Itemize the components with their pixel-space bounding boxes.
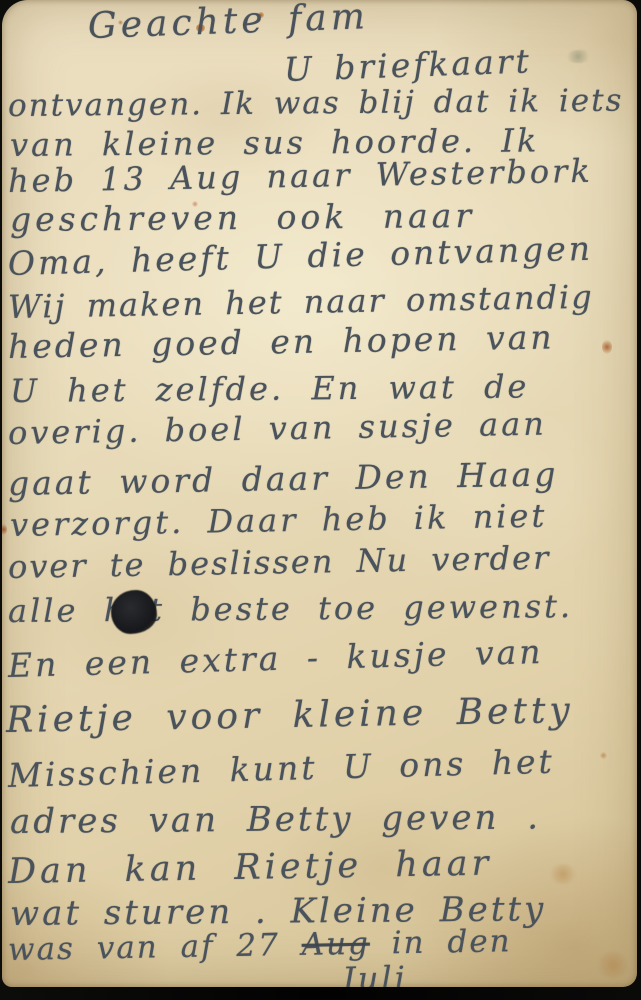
handwritten-line: Dan kan Rietje haar xyxy=(8,844,493,892)
last-line-prefix: was van af 27 xyxy=(8,927,302,968)
handwritten-line: adres van Betty geven . xyxy=(10,797,541,842)
handwritten-line: geschreven ook naar xyxy=(10,196,475,239)
struck-word: Aug xyxy=(301,926,370,963)
handwritten-line: ontvangen. Ik was blij dat ik iets xyxy=(8,83,624,124)
handwritten-line: alle het beste toe gewenst. xyxy=(8,587,573,630)
stain-spot xyxy=(602,340,612,354)
handwritten-line: U het zelfde. En wat de xyxy=(10,367,530,410)
last-line-suffix: in den xyxy=(370,923,512,961)
stain-spot xyxy=(600,752,607,759)
ink-blot xyxy=(111,590,157,634)
stain-spot xyxy=(550,864,576,884)
postcard-scan: Geachte fam U briefkaart ontvangen. Ik w… xyxy=(0,0,641,1000)
stain-spot xyxy=(598,952,628,978)
stain-spot xyxy=(566,50,590,63)
correction-word: Juli xyxy=(342,959,409,987)
postcard: Geachte fam U briefkaart ontvangen. Ik w… xyxy=(2,0,637,987)
